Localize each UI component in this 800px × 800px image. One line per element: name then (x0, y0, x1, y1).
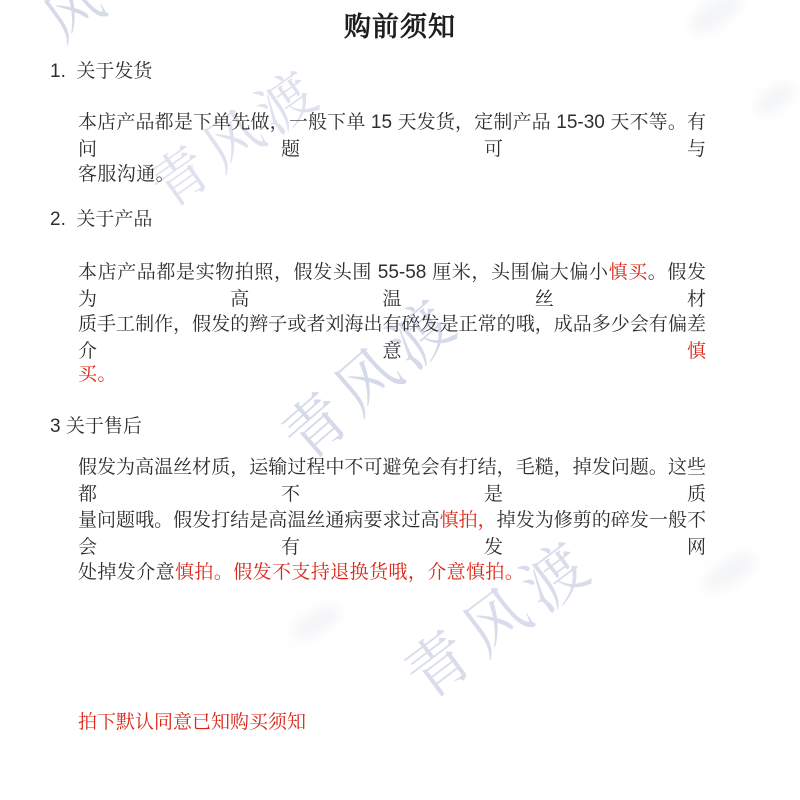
background-smudge (750, 77, 800, 121)
text-run: 客服沟通。 (78, 164, 175, 185)
background-smudge (698, 547, 762, 598)
paragraph-line: 客服沟通。 (78, 159, 175, 186)
warning-text-run: 买。 (78, 364, 117, 385)
text-run: 本店产品都是下单先做，一般下单 15 天发货，定制产品 15-30 天不等。有问… (78, 112, 706, 160)
document-page: 风 青风渡 青风渡 青风渡 购前须知 1. 关于发货 本店产品都是下单先做，一般… (0, 0, 800, 800)
paragraph-line: 本店产品都是实物拍照，假发头围 55-58 厘米，头围偏大偏小慎买。假发为高温丝… (78, 257, 706, 311)
paragraph-line: 买。 (78, 359, 117, 386)
warning-text-run: 慎买 (609, 262, 648, 283)
section-1-heading: 1. 关于发货 (50, 56, 152, 83)
text-run: 假发为高温丝材质，运输过程中不可避免会有打结，毛糙，掉发问题。这些都不是质 (78, 457, 706, 505)
warning-text-run: 慎拍。假发不支持退换货哦，介意慎拍。 (175, 562, 524, 583)
background-smudge (286, 599, 345, 646)
text-run: 本店产品都是实物拍照，假发头围 55-58 厘米，头围偏大偏小 (78, 262, 609, 283)
paragraph-line: 本店产品都是下单先做，一般下单 15 天发货，定制产品 15-30 天不等。有问… (78, 107, 706, 161)
page-title: 购前须知 (0, 5, 800, 44)
paragraph-line: 假发为高温丝材质，运输过程中不可避免会有打结，毛糙，掉发问题。这些都不是质 (78, 452, 706, 506)
section-2-heading: 2. 关于产品 (50, 204, 152, 231)
text-run: 处掉发介意 (78, 562, 175, 583)
warning-text-run: 慎拍， (440, 510, 497, 531)
paragraph-line: 质手工制作，假发的辫子或者刘海出有碎发是正常的哦，成品多少会有偏差介意慎 (78, 309, 706, 363)
section-3-heading: 3 关于售后 (50, 411, 142, 438)
paragraph-line: 处掉发介意慎拍。假发不支持退换货哦，介意慎拍。 (78, 557, 524, 584)
footer-warning: 拍下默认同意已知购买须知 (78, 707, 306, 734)
text-run: 质手工制作，假发的辫子或者刘海出有碎发是正常的哦，成品多少会有偏差介意 (78, 314, 706, 362)
warning-text-run: 慎 (687, 341, 706, 362)
text-run: 量问题哦。假发打结是高温丝通病要求过高 (78, 510, 440, 531)
paragraph-line: 量问题哦。假发打结是高温丝通病要求过高慎拍，掉发为修剪的碎发一般不会有发网 (78, 505, 706, 559)
